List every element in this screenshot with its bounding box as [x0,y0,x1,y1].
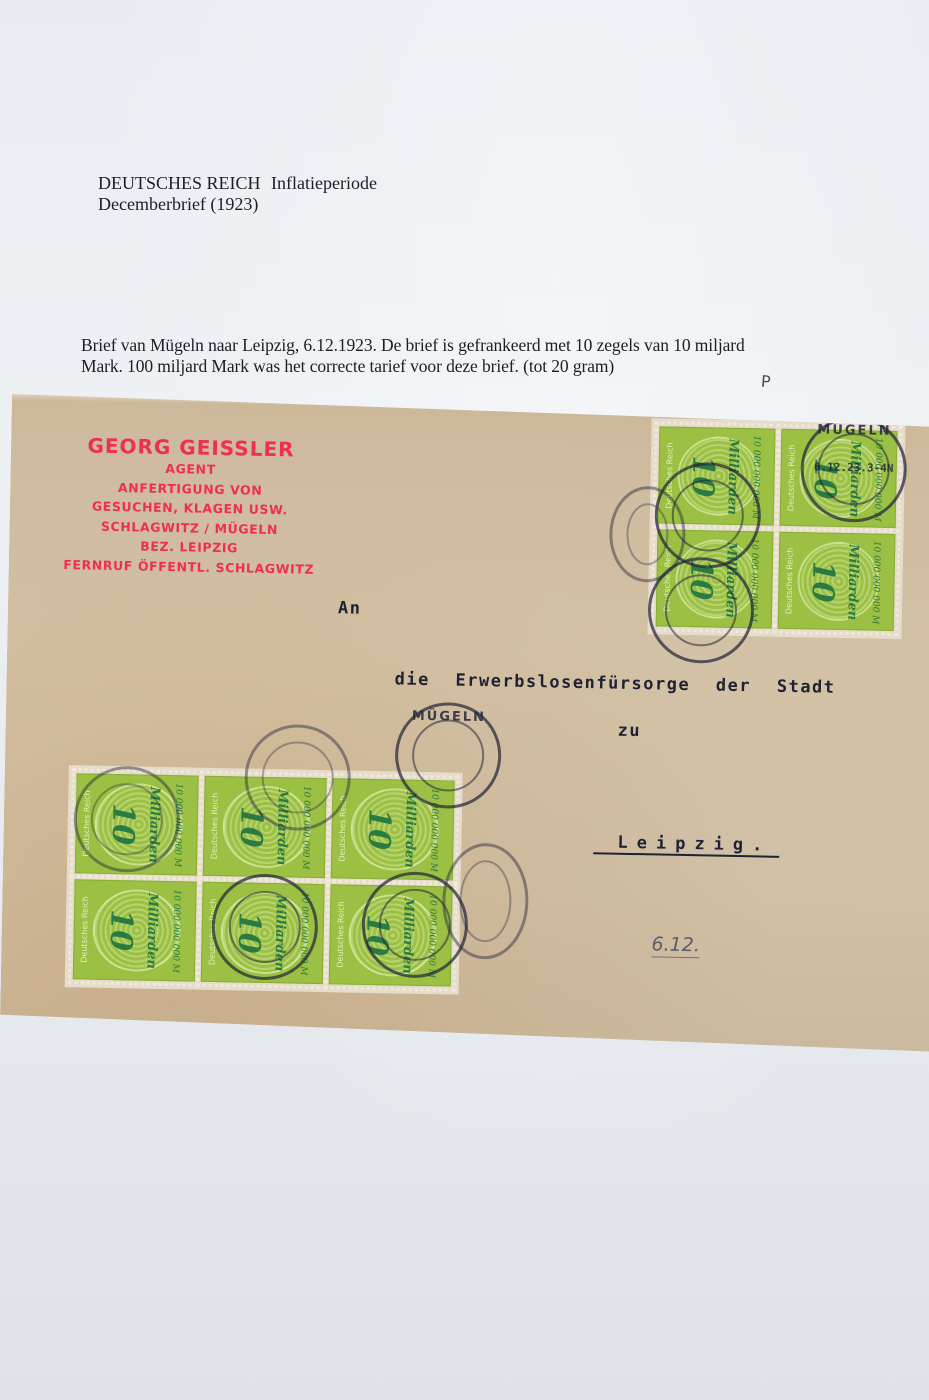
stamp-denomination: 10 000 000 000 M [170,889,182,973]
description-line-1: Brief van Mügeln naar Leipzig, 6.12.1923… [81,335,841,356]
postmark-town: MÜGELN [399,708,499,725]
stamp-denomination: 10 000 000 000 M [869,540,881,624]
stamp-word: Milliarden [143,893,159,970]
page-title: DEUTSCHES REICH Inflatieperiode [98,173,377,194]
stamp-country: Deutsches Reich [210,793,220,860]
description-line-2: Mark. 100 miljard Mark was het correcte … [81,356,841,377]
stamp-country: Deutsches Reich [336,901,346,968]
page-subtitle: Decemberbrief (1923) [98,194,377,215]
stamp-word: Milliarden [844,543,860,620]
description: Brief van Mügeln naar Leipzig, 6.12.1923… [81,335,841,377]
address-salutation: An [338,598,362,618]
stamp-country: Deutsches Reich [80,896,90,963]
address-city: Leipzig. [593,832,779,858]
envelope: GEORG GEISSLER AGENT ANFERTIGUNG VON GES… [0,394,929,1052]
sender-rubber-stamp: GEORG GEISSLER AGENT ANFERTIGUNG VON GES… [39,433,342,580]
title-main: DEUTSCHES REICH [98,173,261,193]
stamp-word: Milliarden [401,791,417,868]
pencil-mark: P [760,372,771,392]
stamp: Deutsches Reich10Milliarden10 000 000 00… [73,879,197,981]
postmark: MÜGELN [394,701,502,809]
envelope-top-edge [12,394,929,418]
stamp-value: 10 [102,909,138,951]
address-recipient: die Erwerbslosenfürsorge der Stadt [394,669,835,697]
postmark-partial [441,842,529,960]
stamp-country: Deutsches Reich [786,444,796,511]
postmark-town: MÜGELN [804,422,904,439]
stamp-country: Deutsches Reich [784,547,794,614]
address-preposition: zu [617,721,641,741]
stamp-value: 10 [805,560,841,602]
page-header: DEUTSCHES REICH Inflatieperiode December… [98,173,377,215]
stamp-value: 10 [360,808,396,850]
postmark-date: 6.12.23.3-4N [804,460,904,475]
title-sub: Inflatieperiode [271,173,377,193]
pencil-date-note: 6.12. [651,933,700,958]
stamp: Deutsches Reich10Milliarden10 000 000 00… [778,532,896,631]
